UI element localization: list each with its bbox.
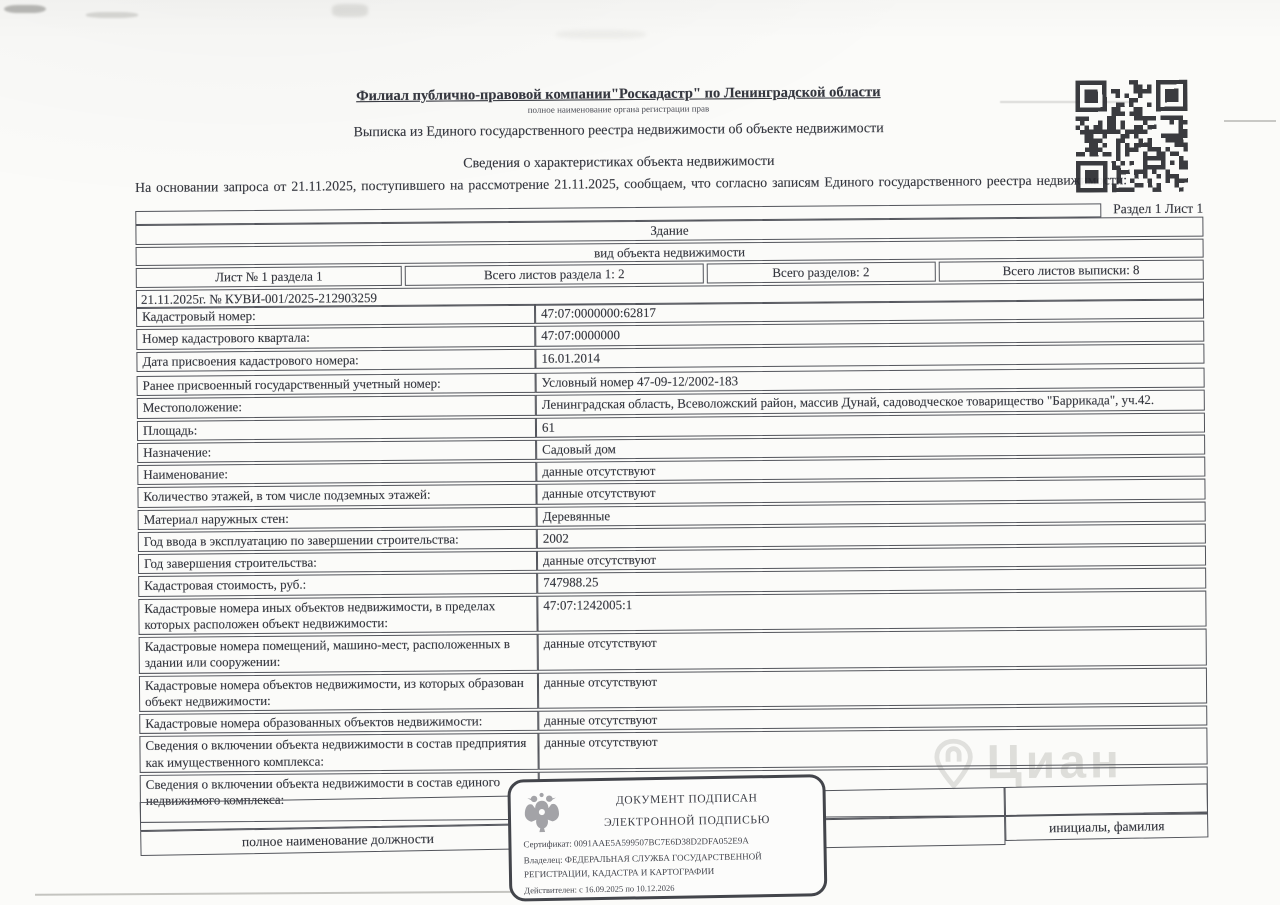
row-value: 2002	[537, 523, 1206, 549]
document-title: Выписка из Единого государственного реес…	[135, 119, 1103, 143]
cadastral-number-table: Кадастровый номер: 47:07:0000000:62817 Н…	[136, 297, 1205, 374]
initials-surname-caption: инициалы, фамилия	[1005, 812, 1208, 841]
sheet-number-cell: Лист № 1 раздела 1	[136, 266, 402, 288]
total-sections-cell: Всего разделов: 2	[706, 262, 935, 283]
row-value: Садовый дом	[536, 434, 1205, 460]
request-intro-text: На основании запроса от 21.11.2025, пост…	[135, 172, 1207, 196]
row-label: Материал наружных стен:	[138, 506, 537, 529]
row-label: Наименование:	[137, 462, 536, 485]
table-row: Сведения о включении объекта недвижимост…	[139, 728, 1207, 773]
row-value: данные отсутствуют	[536, 479, 1205, 505]
row-label: Кадастровые номера иных объектов недвижи…	[138, 595, 537, 635]
stamp-validity: Действителен: с 16.09.2025 по 10.12.2026	[524, 879, 814, 897]
row-value: данные отсутствуют	[537, 546, 1206, 572]
row-value: 747988.25	[537, 568, 1206, 594]
row-label: Дата присвоения кадастрового номера:	[136, 348, 535, 371]
stamp-line-2: ЭЛЕКТРОННОЙ ПОДПИСЬЮ	[561, 809, 813, 835]
row-label: Год ввода в эксплуатацию по завершении с…	[138, 529, 537, 552]
row-value: 16.01.2014	[535, 343, 1204, 369]
row-label: Количество этажей, в том числе подземных…	[137, 484, 536, 507]
electronic-signature-stamp: ДОКУМЕНТ ПОДПИСАН ЭЛЕКТРОННОЙ ПОДПИСЬЮ С…	[507, 774, 827, 902]
row-value: Ленинградская область, Всеволожский райо…	[536, 390, 1205, 416]
row-label: Кадастровые номера образованных объектов…	[139, 711, 538, 734]
row-label: Местоположение:	[137, 395, 536, 418]
row-value: 47:07:0000000	[535, 321, 1204, 347]
table-row: Кадастровые номера помещений, машино-мес…	[139, 629, 1207, 674]
total-section-sheets-cell: Всего листов раздела 1: 2	[405, 264, 704, 286]
row-value: данные отсутствуют	[538, 667, 1207, 709]
row-value: данные отсутствуют	[538, 629, 1207, 671]
row-label: Номер кадастрового квартала:	[136, 326, 535, 349]
row-value: данные отсутствуют	[538, 706, 1207, 732]
row-label: Кадастровые номера помещений, машино-мес…	[139, 634, 538, 674]
row-value: Деревянные	[537, 501, 1206, 527]
row-value: данные отсутствуют	[536, 457, 1205, 483]
stamp-owner: Владелец: ФЕДЕРАЛЬНАЯ СЛУЖБА ГОСУДАРСТВЕ…	[524, 849, 814, 882]
signature-empty-cell	[1005, 783, 1208, 816]
row-label: Площадь:	[137, 417, 536, 440]
row-label: Кадастровые номера объектов недвижимости…	[139, 672, 538, 712]
row-label: Кадастровая стоимость, руб.:	[138, 573, 537, 596]
row-value: 47:07:0000000:62817	[535, 299, 1204, 325]
section-sheet-label: Раздел 1 Лист 1	[1113, 201, 1203, 219]
row-value: Условный номер 47-09-12/2002-183	[536, 368, 1205, 394]
table-row: Кадастровые номера объектов недвижимости…	[139, 667, 1207, 712]
section-title: Сведения о характеристиках объекта недви…	[135, 151, 1103, 175]
table-row: Кадастровые номера иных объектов недвижи…	[138, 590, 1206, 635]
coat-of-arms-icon	[523, 790, 562, 837]
row-label: Кадастровый номер:	[136, 304, 535, 327]
row-label: Ранее присвоенный государственный учетны…	[137, 373, 536, 396]
scanned-document-page: Циан Филиал публично-правовой компании"Р…	[0, 0, 1280, 905]
row-value: 61	[536, 412, 1205, 438]
row-label: Год завершения строительства:	[138, 551, 537, 574]
object-details-table: Ранее присвоенный государственный учетны…	[137, 366, 1209, 825]
total-extract-sheets-cell: Всего листов выписки: 8	[938, 260, 1204, 282]
qr-code	[1075, 80, 1188, 193]
row-label: Сведения о включении объекта недвижимост…	[139, 733, 538, 773]
row-value: 47:07:1242005:1	[537, 590, 1206, 632]
row-value: данные отсутствуют	[538, 728, 1207, 770]
row-label: Назначение:	[137, 440, 536, 463]
